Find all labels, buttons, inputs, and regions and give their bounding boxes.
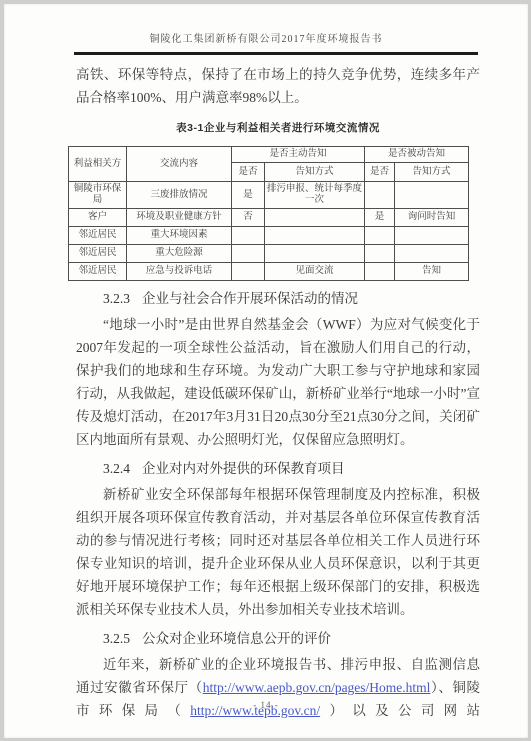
cell-active-method [265, 209, 365, 227]
cell-content: 三废排放情况 [127, 182, 232, 209]
cell-passive-yn [365, 263, 395, 281]
col-header-stakeholder: 利益相关方 [69, 147, 127, 182]
col-header-passive-method: 告知方式 [395, 163, 469, 182]
cell-passive-method [395, 227, 469, 245]
cell-stakeholder: 客户 [69, 209, 127, 227]
stakeholder-communication-table: 利益相关方 交流内容 是否主动告知 是否被动告知 是否 告知方式 是否 告知方式… [68, 146, 469, 281]
table-row: 邻近居民 应急与投诉电话 见面交流 告知 [69, 263, 469, 281]
table-row: 邻近居民 重大环境因素 [69, 227, 469, 245]
table-caption: 表3-1企业与利益相关者进行环境交流情况 [76, 117, 480, 140]
table-header-row-1: 利益相关方 交流内容 是否主动告知 是否被动告知 [69, 147, 469, 163]
cell-passive-method [395, 182, 469, 209]
cell-passive-yn: 是 [365, 209, 395, 227]
cell-active-method [265, 245, 365, 263]
section-heading-3-2-5: 3.2.5公众对企业环境信息公开的评价 [76, 627, 480, 650]
intro-paragraph: 高铁、环保等特点，保持了在市场上的持久竞争优势，连续多年产品合格率100%、用户… [76, 63, 480, 109]
cell-active-method: 见面交流 [265, 263, 365, 281]
cell-stakeholder: 邻近居民 [69, 245, 127, 263]
section-paragraph-3-2-4: 新桥矿业安全环保部每年根据环保管理制度及内控标准，积极组织开展各项环保宣传教育活… [76, 483, 480, 621]
table-row: 客户 环境及职业健康方针 否 是 询问时告知 [69, 209, 469, 227]
cell-passive-method [395, 245, 469, 263]
section-number: 3.2.5 [103, 631, 130, 646]
col-header-passive-yn: 是否 [365, 163, 395, 182]
page-number: - 14 - [4, 700, 528, 710]
cell-passive-yn [365, 245, 395, 263]
cell-content: 环境及职业健康方针 [127, 209, 232, 227]
section-title: 企业对内对外提供的环保教育项目 [142, 461, 345, 476]
section-number: 3.2.4 [103, 461, 130, 476]
section-title: 企业与社会合作开展环保活动的情况 [142, 291, 358, 306]
cell-passive-yn [365, 227, 395, 245]
cell-active-yn [232, 263, 265, 281]
page-content: 高铁、环保等特点，保持了在市场上的持久竞争优势，连续多年产品合格率100%、用户… [4, 55, 528, 722]
cell-stakeholder: 邻近居民 [69, 227, 127, 245]
cell-passive-method: 询问时告知 [395, 209, 469, 227]
col-header-passive-group: 是否被动告知 [365, 147, 469, 163]
cell-stakeholder: 邻近居民 [69, 263, 127, 281]
section-heading-3-2-4: 3.2.4企业对内对外提供的环保教育项目 [76, 457, 480, 480]
cell-content: 应急与投诉电话 [127, 263, 232, 281]
col-header-active-method: 告知方式 [265, 163, 365, 182]
section-title: 公众对企业环境信息公开的评价 [142, 631, 331, 646]
document-page: 铜陵化工集团新桥有限公司2017年度环境报告书 高铁、环保等特点，保持了在市场上… [4, 4, 528, 738]
cell-content: 重大危险源 [127, 245, 232, 263]
cell-active-method: 排污申报、统计每季度一次 [265, 182, 365, 209]
cell-passive-yn [365, 182, 395, 209]
cell-active-yn: 是 [232, 182, 265, 209]
link-aepb-website[interactable]: http://www.aepb.gov.cn/pages/Home.html [203, 680, 431, 695]
table-row: 邻近居民 重大危险源 [69, 245, 469, 263]
cell-active-yn [232, 227, 265, 245]
header-title: 铜陵化工集团新桥有限公司2017年度环境报告书 [4, 4, 528, 45]
col-header-active-group: 是否主动告知 [232, 147, 365, 163]
table-row: 铜陵市环保局 三废排放情况 是 排污申报、统计每季度一次 [69, 182, 469, 209]
col-header-active-yn: 是否 [232, 163, 265, 182]
section-number: 3.2.3 [103, 291, 130, 306]
cell-active-yn [232, 245, 265, 263]
cell-active-method [265, 227, 365, 245]
cell-passive-method: 告知 [395, 263, 469, 281]
cell-stakeholder: 铜陵市环保局 [69, 182, 127, 209]
section-paragraph-3-2-5: 近年来，新桥矿业的企业环境报告书、排污申报、自监测信息通过安徽省环保厅（http… [76, 653, 480, 722]
cell-content: 重大环境因素 [127, 227, 232, 245]
section-heading-3-2-3: 3.2.3企业与社会合作开展环保活动的情况 [76, 287, 480, 310]
cell-active-yn: 否 [232, 209, 265, 227]
section-paragraph-3-2-3: “地球一小时”是由世界自然基金会（WWF）为应对气候变化于2007年发起的一项全… [76, 313, 480, 451]
col-header-content: 交流内容 [127, 147, 232, 182]
